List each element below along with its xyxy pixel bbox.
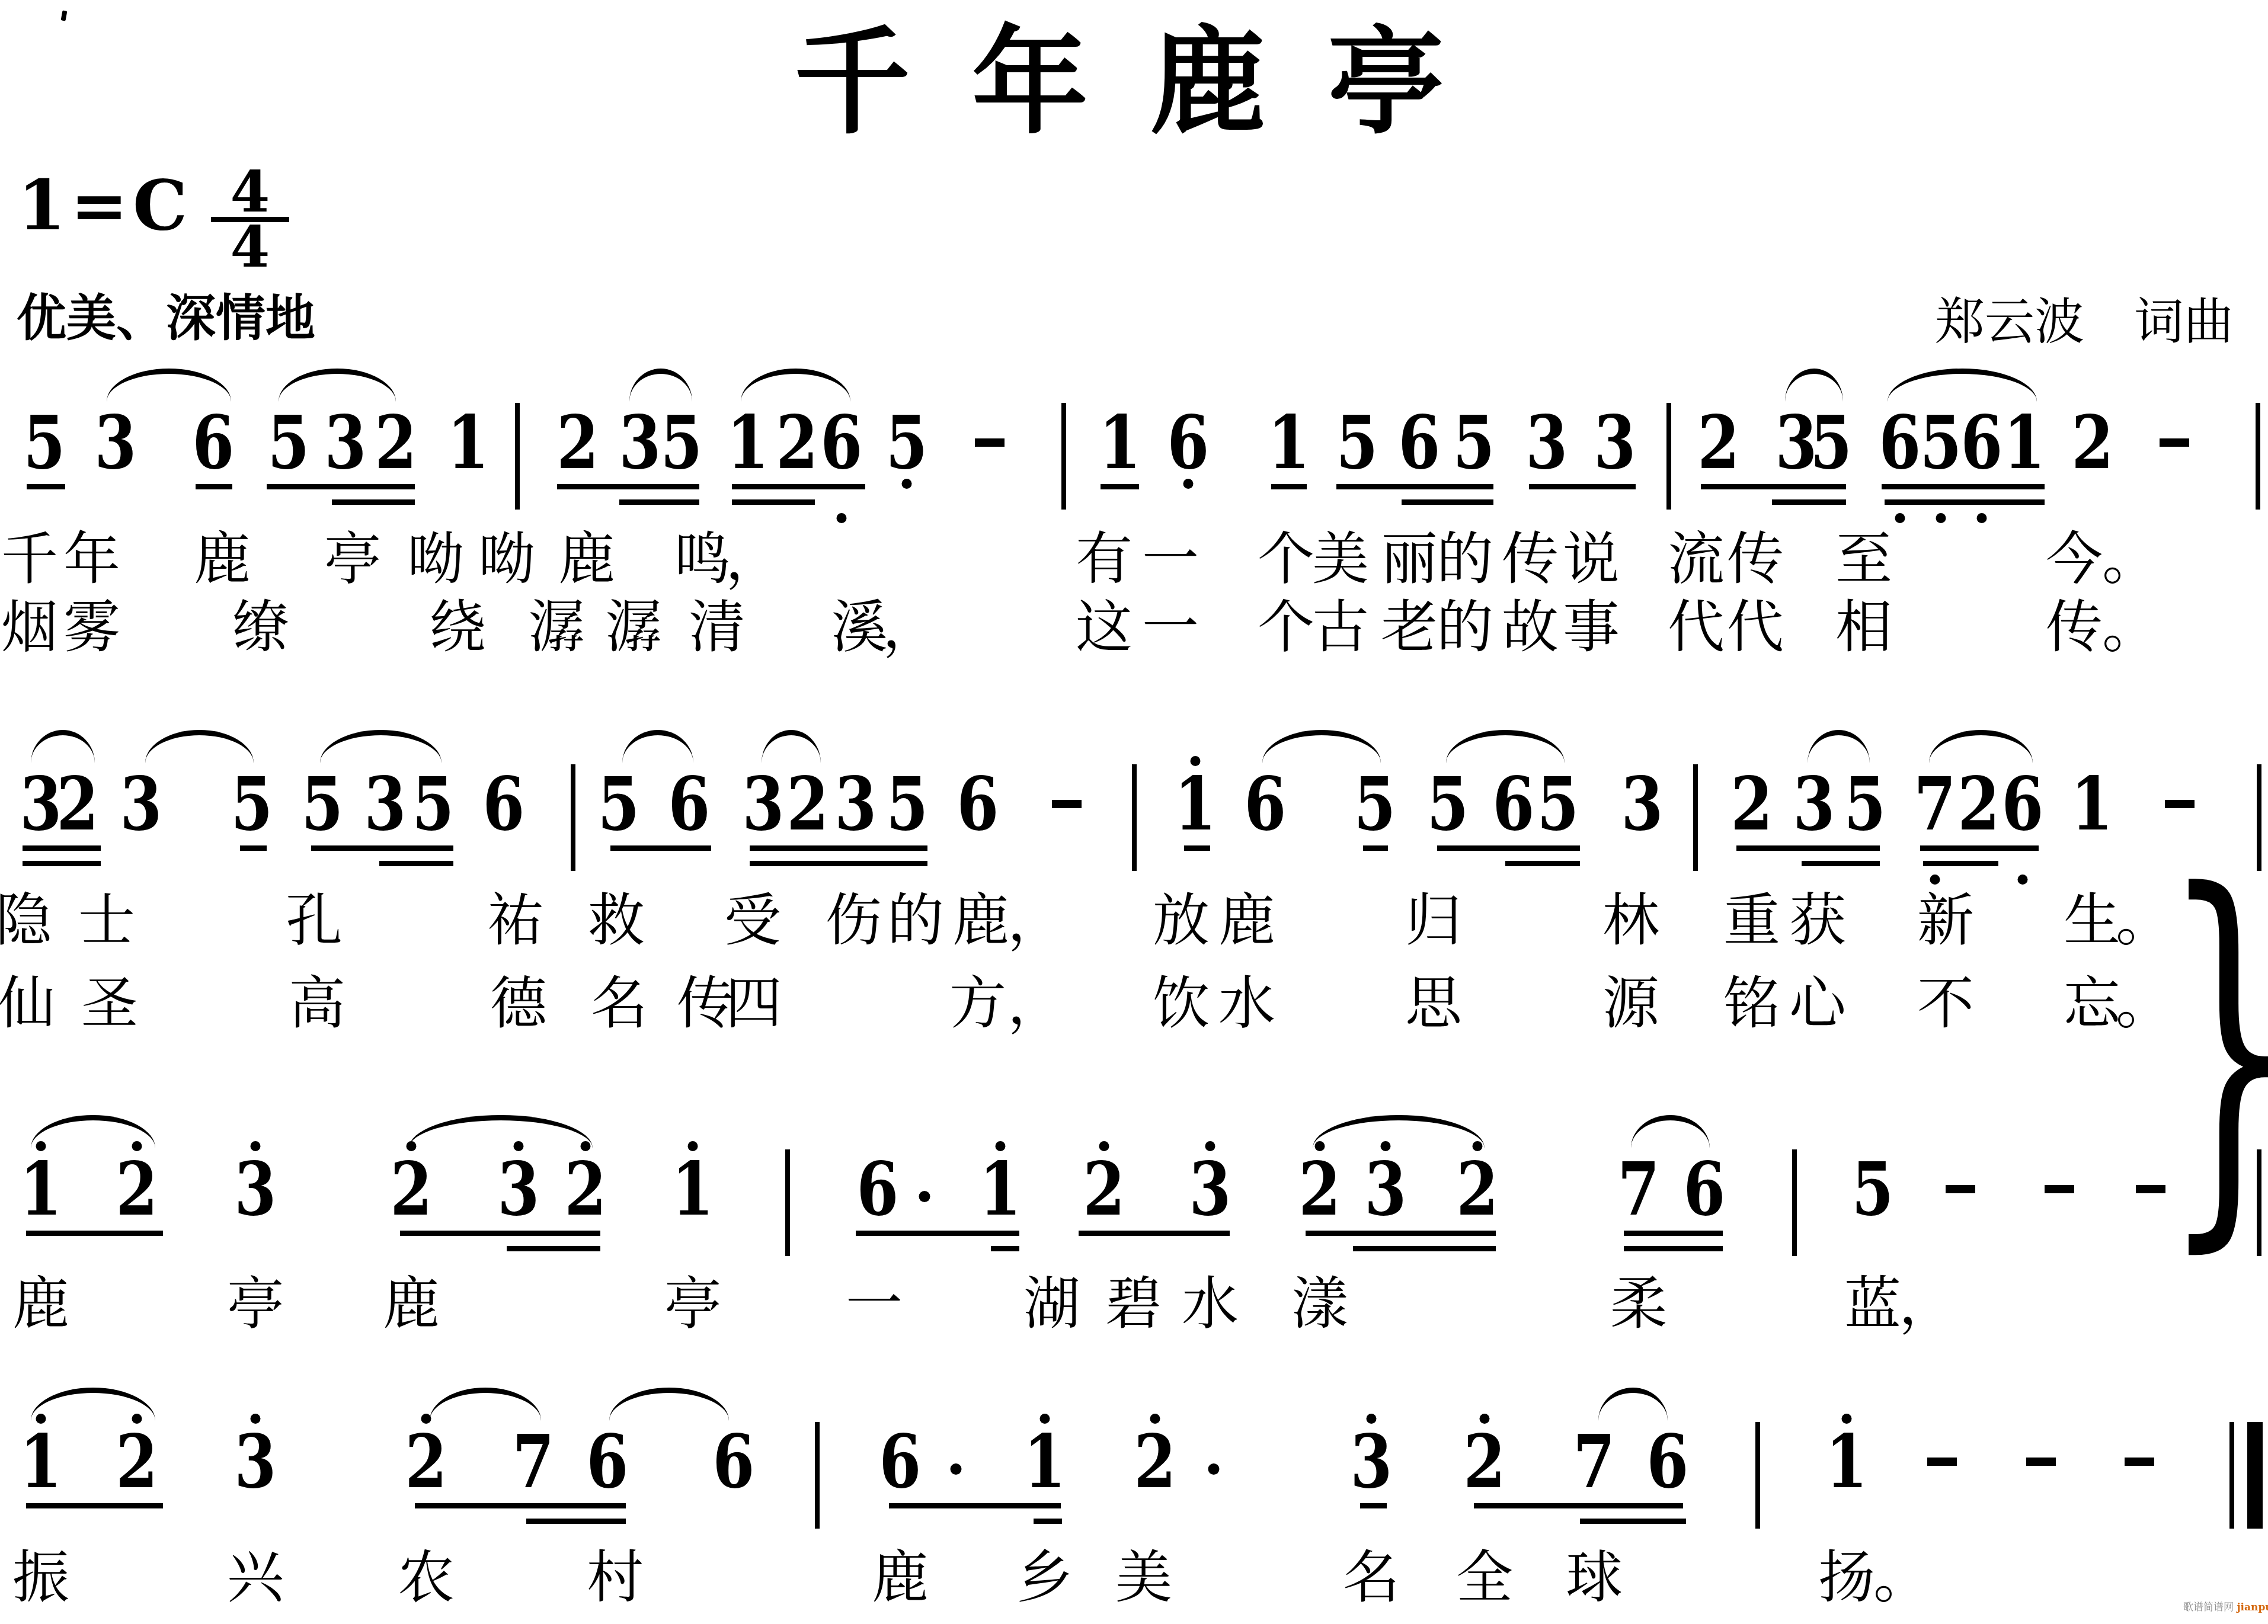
beam-underline [1363, 845, 1388, 851]
note-digit: 2 [116, 1434, 158, 1490]
lyric-char: 鹿 [383, 1274, 440, 1333]
note-digit: 1 [980, 1161, 1022, 1218]
augmentation-dot [951, 1463, 962, 1475]
lyric-char: 士 [78, 891, 135, 950]
lyric-char: 水 [1182, 1274, 1239, 1333]
final-barline-thick [2247, 1422, 2263, 1529]
octave-dot-low [1977, 513, 1987, 523]
beam-underline [1920, 845, 2039, 851]
octave-dot-high [1842, 1414, 1852, 1424]
note-digit: 5 [268, 415, 310, 471]
beam-underline [750, 845, 927, 851]
octave-dot-high [1040, 1414, 1050, 1424]
composer-credit: 郑云波 词曲 [1935, 295, 2234, 348]
note-digit: 2 [1299, 1161, 1341, 1218]
lyric-char: 美 [1115, 1548, 1172, 1607]
duration-dash [2165, 800, 2195, 808]
lyric-char: 新 [1917, 891, 1974, 950]
barline [1693, 764, 1698, 871]
expression-marking: 优美、深情地 [17, 292, 315, 345]
note-digit: 2 [57, 776, 99, 832]
lyric-char: 不 [1917, 973, 1974, 1033]
note-digit: 3 [743, 776, 785, 832]
note-digit: 2 [375, 415, 417, 471]
note-digit: 1 [727, 415, 769, 471]
beam-underline [1402, 499, 1493, 505]
lyric-char: 伤 [825, 891, 882, 950]
lyric-char: 圣 [81, 973, 138, 1033]
slur-arc [430, 1388, 541, 1421]
note-digit: 2 [405, 1434, 447, 1490]
barline [815, 1422, 820, 1529]
lyric-char: 鹿 [194, 529, 251, 588]
beam-underline [1184, 845, 1210, 851]
note-digit: 2 [391, 1161, 433, 1218]
octave-dot-high [688, 1141, 698, 1151]
lyric-char: 鹿 [952, 891, 1009, 950]
note-digit: 3 [835, 776, 877, 832]
note-digit: 6 [857, 1161, 899, 1218]
note-digit: 5 [1354, 776, 1396, 832]
lyric-char: 四 [725, 973, 782, 1033]
note-digit: 5 [1852, 1161, 1894, 1218]
beam-underline [1529, 484, 1636, 489]
barline [515, 403, 520, 510]
beam-underline [26, 1231, 163, 1236]
lyric-char: 受 [724, 891, 781, 950]
lyric-char: 重 [1723, 891, 1780, 950]
lyric-char: 鹿 [872, 1548, 929, 1607]
beam-underline [26, 1503, 163, 1508]
lyric-char: 振 [12, 1548, 69, 1607]
note-digit: 1 [2071, 776, 2113, 832]
note-digit: 3 [498, 1161, 540, 1218]
note-digit: 1 [20, 1434, 62, 1490]
beam-underline [1079, 1231, 1230, 1236]
note-digit: 1 [2004, 415, 2046, 471]
lyric-char: 有 [1076, 529, 1133, 588]
duration-dash [2160, 438, 2189, 447]
slur-arc [762, 730, 821, 763]
duration-dash [975, 438, 1005, 447]
note-digit: 3 [1189, 1161, 1231, 1218]
lyric-char: 祐 [487, 891, 544, 950]
barline [1666, 403, 1671, 510]
beam-underline [1306, 1231, 1496, 1236]
note-digit: 5 [886, 415, 928, 471]
octave-dot-low [1930, 875, 1940, 885]
lyric-char: 老 [1381, 597, 1438, 656]
lyric-char: 一 [1142, 597, 1199, 656]
lyric-char: 千 [1, 529, 58, 588]
lyric-char: 故 [1502, 597, 1559, 656]
lyric-char: 一 [1142, 529, 1199, 588]
octave-dot-high [251, 1141, 261, 1151]
beam-underline [732, 499, 815, 505]
lyric-char: 。 [2102, 597, 2159, 656]
beam-underline [1101, 484, 1139, 489]
slur-arc [1888, 369, 2037, 402]
duration-dash [1927, 1458, 1957, 1466]
note-digit: 3 [95, 415, 137, 471]
note-digit: 5 [1810, 415, 1853, 471]
beam-underline [23, 861, 101, 866]
lyric-char: 方 [949, 973, 1006, 1033]
duration-dash [1052, 800, 1082, 808]
lyric-char: 相 [1835, 597, 1892, 656]
beam-underline [311, 845, 453, 851]
slur-arc [320, 730, 442, 763]
note-digit: 2 [1134, 1434, 1176, 1490]
duration-dash [2136, 1185, 2165, 1193]
lyric-char: ， [725, 529, 782, 588]
lyric-char: 呦 [407, 529, 464, 588]
note-digit: 5 [1427, 776, 1469, 832]
lyric-char: 放 [1153, 891, 1210, 950]
time-denominator: 4 [209, 223, 292, 271]
title-char: 亭 [1327, 23, 1444, 141]
beam-underline [507, 1246, 600, 1251]
note-digit: 7 [513, 1434, 555, 1490]
note-digit: 5 [598, 776, 640, 832]
note-digit: 5 [302, 776, 344, 832]
lyric-char: 呦 [478, 529, 535, 588]
note-digit: 3 [619, 415, 661, 471]
beam-underline [1474, 1503, 1683, 1508]
lyric-char: 缭 [232, 597, 289, 656]
note-digit: 6 [483, 776, 525, 832]
lyric-char: 亭 [324, 529, 381, 588]
beam-underline [379, 861, 453, 866]
beam-underline [400, 1231, 600, 1236]
note-digit: 6 [1684, 1161, 1726, 1218]
octave-dot-high [1367, 1414, 1377, 1424]
note-digit: 2 [776, 415, 818, 471]
lyric-char: 绕 [429, 597, 486, 656]
duration-dash [1946, 1185, 1975, 1193]
lyric-char: 村 [587, 1548, 644, 1607]
beam-underline [1701, 484, 1846, 489]
lyric-char: 潺 [605, 597, 662, 656]
beam-underline [1772, 499, 1846, 505]
note-digit: 1 [20, 1161, 62, 1218]
beam-underline [856, 1231, 1019, 1236]
verse-brace: } [2162, 876, 2268, 1222]
note-digit: 6 [1493, 776, 1535, 832]
lyric-char: ， [1007, 891, 1064, 950]
lyric-char: 全 [1456, 1548, 1513, 1607]
slur-arc [279, 369, 396, 402]
note-digit: 6 [1399, 415, 1441, 471]
beam-underline [1271, 484, 1307, 489]
beam-underline [415, 1503, 626, 1508]
lyric-char: 鸣 [674, 529, 731, 588]
lyric-char: 代 [1668, 597, 1725, 656]
note-digit: 1 [1099, 415, 1141, 471]
lyric-char: 传 [1727, 529, 1784, 588]
note-digit: 6 [1647, 1434, 1689, 1490]
beam-underline [267, 484, 415, 489]
octave-dot-low [1895, 513, 1905, 523]
barline [785, 1149, 790, 1256]
note-digit: 3 [364, 776, 407, 832]
beam-underline [1360, 1503, 1387, 1508]
note-digit: 5 [231, 776, 273, 832]
lyric-char: 忘 [2064, 973, 2120, 1033]
lyric-char: 乡 [1016, 1548, 1073, 1607]
lyric-char: 代 [1727, 597, 1784, 656]
lyric-char: 生 [2064, 891, 2120, 950]
note-digit: 5 [412, 776, 455, 832]
title-char: 鹿 [1150, 23, 1266, 141]
note-digit: 2 [1083, 1161, 1125, 1218]
lyric-char: 源 [1602, 973, 1659, 1033]
note-digit: 2 [787, 776, 829, 832]
watermark: 歌谱简谱网 jianpu.cn [2183, 1601, 2268, 1613]
beam-underline [27, 484, 65, 489]
lyric-char: 救 [588, 891, 645, 950]
beam-underline [332, 499, 415, 505]
lyric-char: 名 [1343, 1548, 1400, 1607]
lyric-char: 仙 [0, 973, 55, 1033]
note-digit: 5 [1336, 415, 1378, 471]
duration-dash [2045, 1185, 2074, 1193]
beam-underline [1624, 1231, 1723, 1236]
lyric-char: 潺 [528, 597, 585, 656]
beam-underline [1580, 1519, 1686, 1524]
beam-underline [526, 1519, 626, 1524]
lyric-char: 。 [2102, 529, 2159, 588]
final-barline-thin [2229, 1422, 2234, 1529]
lyric-char: 归 [1405, 891, 1462, 950]
beam-underline [1034, 1519, 1062, 1524]
lyric-char: 流 [1668, 529, 1725, 588]
note-digit: 6 [2002, 776, 2044, 832]
note-digit: 6 [587, 1434, 629, 1490]
note-digit: 6 [821, 415, 863, 471]
note-digit: 2 [1464, 1434, 1506, 1490]
lyric-char: 孔 [286, 891, 343, 950]
barline [1132, 764, 1137, 871]
note-digit: 1 [1024, 1434, 1066, 1490]
slur-arc [1262, 730, 1381, 763]
slur-arc [1808, 730, 1870, 763]
barline [1755, 1422, 1760, 1529]
octave-dot-high [1191, 756, 1201, 766]
octave-dot-high [1099, 1141, 1109, 1151]
note-digit: 1 [447, 415, 490, 471]
beam-underline [1353, 1246, 1496, 1251]
beam-underline [991, 1246, 1019, 1251]
note-digit: 6 [1167, 415, 1210, 471]
lyric-char: 的 [887, 891, 944, 950]
beam-underline [240, 845, 267, 851]
slur-arc [1785, 369, 1843, 402]
duration-dash [2125, 1458, 2154, 1466]
octave-dot-low [1183, 479, 1194, 489]
octave-dot-high [996, 1141, 1006, 1151]
note-digit: 5 [1537, 776, 1579, 832]
octave-dot-low [902, 479, 912, 489]
lyric-char: 农 [398, 1548, 455, 1607]
lyric-char: 今 [2046, 529, 2103, 588]
lyric-char: ， [1007, 973, 1064, 1033]
lyric-char: 亭 [227, 1274, 284, 1333]
beam-underline [1336, 484, 1493, 489]
lyric-char: 鹿 [558, 529, 615, 588]
lyric-char: 漾 [1291, 1274, 1348, 1333]
note-digit: 5 [1920, 415, 1962, 471]
time-numerator: 4 [209, 168, 292, 216]
ink-speck [61, 10, 68, 21]
note-digit: 2 [557, 415, 599, 471]
lyric-char: 碧 [1105, 1274, 1162, 1333]
lyric-char: 传 [2046, 597, 2103, 656]
title-char: 年 [972, 23, 1088, 141]
octave-dot-high [1205, 1141, 1215, 1151]
note-digit: 2 [116, 1161, 158, 1218]
lyric-char: 扬 [1818, 1548, 1875, 1607]
note-digit: 5 [887, 776, 929, 832]
beam-underline [1923, 861, 1998, 866]
key-signature: 1=C [18, 173, 192, 238]
note-digit: 5 [24, 415, 66, 471]
lyric-char: 铭 [1723, 973, 1780, 1033]
lyric-char: 美 [1312, 529, 1369, 588]
note-digit: 3 [1365, 1161, 1407, 1218]
watermark-site-url: jianpu.cn [2237, 1601, 2268, 1613]
slur-arc [145, 730, 254, 763]
note-digit: 3 [325, 415, 367, 471]
lyric-char: 事 [1563, 597, 1620, 656]
lyric-char: ， [882, 597, 939, 656]
watermark-site-name: 歌谱简谱网 [2183, 1601, 2237, 1613]
slur-arc [741, 369, 850, 402]
title-char: 千 [794, 23, 910, 141]
lyric-char: 获 [1789, 891, 1846, 950]
barline [571, 764, 575, 871]
octave-dot-high [251, 1414, 261, 1424]
lyric-char: 柔 [1610, 1274, 1667, 1333]
beam-underline [732, 484, 865, 489]
lyric-char: 的 [1437, 529, 1493, 588]
barline [2256, 403, 2260, 510]
lyric-char: 。 [1873, 1548, 1930, 1607]
beam-underline [1736, 845, 1880, 851]
slur-arc [31, 1115, 155, 1148]
note-digit: 3 [1793, 776, 1835, 832]
lyric-char: 个 [1258, 529, 1314, 588]
octave-dot-low [837, 513, 847, 523]
lyric-char: 传 [1502, 529, 1559, 588]
lyric-char: 烟 [1, 597, 58, 656]
octave-dot-low [2018, 875, 2028, 885]
note-digit: 2 [1958, 776, 2000, 832]
beam-underline [610, 845, 711, 851]
beam-underline [23, 845, 101, 851]
note-digit: 7 [1618, 1161, 1660, 1218]
note-digit: 2 [1698, 415, 1740, 471]
augmentation-dot [1208, 1463, 1220, 1475]
note-digit: 7 [1914, 776, 1956, 832]
lyric-char: 个 [1258, 597, 1314, 656]
slur-arc [1313, 1115, 1485, 1148]
beam-underline [1885, 499, 2045, 505]
lyric-char: 思 [1405, 973, 1462, 1033]
lyric-char: 说 [1563, 529, 1620, 588]
lyric-char: 鹿 [1218, 891, 1275, 950]
note-digit: 6 [879, 1434, 922, 1490]
beam-underline [1437, 845, 1580, 851]
lyric-char: 鹿 [12, 1274, 69, 1333]
note-digit: 1 [1268, 415, 1310, 471]
lyric-char: 心 [1789, 973, 1846, 1033]
lyric-char: 至 [1835, 529, 1892, 588]
note-digit: 2 [565, 1161, 607, 1218]
note-digit: 5 [1453, 415, 1495, 471]
note-digit: 5 [1844, 776, 1886, 832]
note-digit: 7 [1573, 1434, 1616, 1490]
note-digit: 6 [957, 776, 999, 832]
barline [1792, 1149, 1797, 1256]
note-digit: 6 [193, 415, 235, 471]
lyric-char: 名 [591, 973, 648, 1033]
slur-arc [31, 730, 95, 763]
lyric-char: 湖 [1023, 1274, 1080, 1333]
slur-arc [107, 369, 231, 402]
slur-arc [1598, 1388, 1668, 1421]
note-digit: 3 [1594, 415, 1636, 471]
slur-arc [409, 1115, 593, 1148]
augmentation-dot [919, 1191, 930, 1202]
lyric-char: 兴 [227, 1548, 284, 1607]
barline [1061, 403, 1066, 510]
note-digit: 3 [20, 776, 62, 832]
note-digit: 3 [235, 1434, 277, 1490]
slur-arc [622, 730, 693, 763]
lyric-char: 林 [1602, 891, 1659, 950]
note-digit: 2 [1731, 776, 1773, 832]
note-digit: 6 [713, 1434, 755, 1490]
slur-arc [1929, 730, 2033, 763]
lyric-char: 溪 [831, 597, 888, 656]
beam-underline [557, 484, 699, 489]
lyric-char: 的 [1437, 597, 1493, 656]
slur-arc [1446, 730, 1565, 763]
octave-dot-high [1480, 1414, 1490, 1424]
lyric-char: 水 [1218, 973, 1275, 1033]
beam-underline [750, 861, 927, 866]
note-digit: 5 [661, 415, 703, 471]
lyric-char: 雾 [63, 597, 120, 656]
lyric-char: 丽 [1381, 529, 1438, 588]
lyric-char: 高 [289, 973, 346, 1033]
beam-underline [619, 499, 699, 505]
beam-underline [1505, 861, 1580, 866]
time-signature: 4 4 [209, 168, 292, 271]
note-digit: 6 [1245, 776, 1287, 832]
beam-underline [1882, 484, 2045, 489]
lyric-char: 隐 [0, 891, 52, 950]
note-digit: 6 [668, 776, 711, 832]
sheet-music-page: 千 年 鹿 亭 1=C 4 4 优美、深情地 郑云波 词曲 5365321235… [0, 0, 2268, 1624]
lyric-char: 一 [846, 1274, 903, 1333]
note-digit: 3 [120, 776, 162, 832]
note-digit: 3 [1621, 776, 1664, 832]
lyric-char: 饮 [1153, 973, 1210, 1033]
lyric-char: 蓝 [1844, 1274, 1901, 1333]
note-digit: 1 [1175, 776, 1217, 832]
